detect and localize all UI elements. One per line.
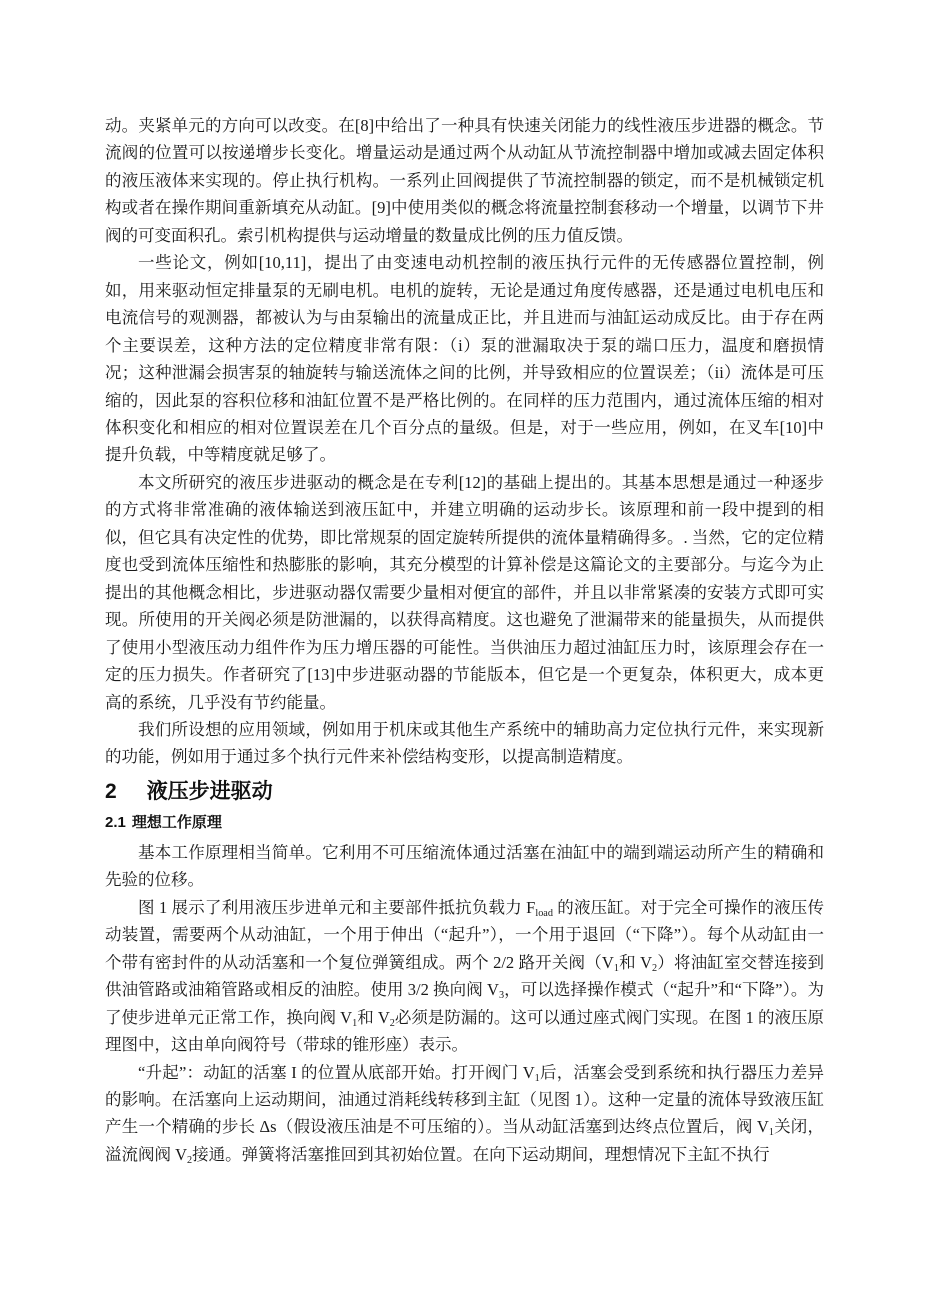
subsection-heading-2-1: 2.1理想工作原理 (105, 811, 824, 835)
section-title: 液压步进驱动 (147, 780, 273, 803)
subsection-title: 理想工作原理 (132, 814, 222, 831)
paragraph-application-fields: 我们所设想的应用领域，例如用于机床或其他生产系统中的辅助高力定位执行元件，来实现… (105, 716, 824, 771)
paragraph-concept-origin: 本文所研究的液压步进驱动的概念是在专利[12]的基础上提出的。其基本思想是通过一… (105, 469, 824, 716)
document-page: { "page": { "background": "#ffffff", "te… (0, 0, 926, 1309)
paragraph-basic-principle: 基本工作原理相当简单。它利用不可压缩流体通过活塞在油缸中的端到端运动所产生的精确… (105, 839, 824, 894)
section-number: 2 (105, 780, 117, 803)
paragraph-lift-operation: “升起”：动缸的活塞 I 的位置从底部开始。打开阀门 V1后，活塞会受到系统和执… (105, 1059, 824, 1169)
paragraph-sensorless-control: 一些论文，例如[10,11]，提出了由变速电动机控制的液压执行元件的无传感器位置… (105, 249, 824, 469)
text-column: 动。夹紧单元的方向可以改变。在[8]中给出了一种具有快速关闭能力的线性液压步进器… (105, 112, 824, 1168)
subsection-number: 2.1 (105, 814, 126, 831)
paragraph-continuation: 动。夹紧单元的方向可以改变。在[8]中给出了一种具有快速关闭能力的线性液压步进器… (105, 112, 824, 249)
paragraph-figure1-description: 图 1 展示了利用液压步进单元和主要部件抵抗负载力 Fload 的液压缸。对于完… (105, 894, 824, 1059)
section-heading-2: 2液压步进驱动 (105, 777, 824, 807)
